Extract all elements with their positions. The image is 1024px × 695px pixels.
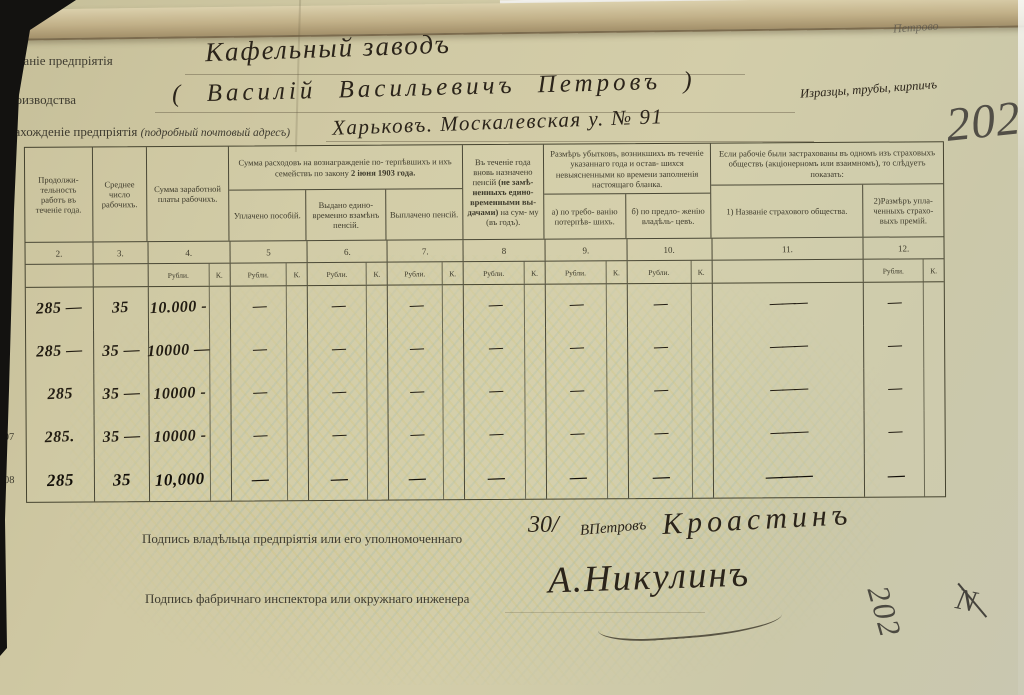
inspector-signature: А.Никулинъ [547, 552, 750, 602]
table-cell: 10.000 - [148, 287, 230, 330]
dash-stroke: — [488, 341, 501, 357]
page-number-top: 202 [943, 90, 1023, 153]
dash-stroke: — [488, 298, 501, 314]
col-benefits-paid: Уплачено пособій. [229, 190, 307, 240]
table-cell: — [465, 456, 547, 499]
table-cell: — [864, 368, 944, 411]
table-row: 2853510,000—————————— [27, 453, 945, 501]
dash-stroke: — [653, 466, 669, 487]
group-compensation-1903: Сумма расходовъ на вознагражденіе по- те… [228, 145, 463, 240]
table-cell: — [628, 284, 713, 327]
group-insurance: Если рабочіе были застрахованы въ одномъ… [711, 142, 944, 237]
handwritten-value: 10,000 [155, 468, 206, 490]
handwritten-value: 35 [112, 469, 131, 490]
table-cell: 35 — [94, 330, 149, 373]
dash-stroke: ——— [770, 339, 807, 356]
production-annotation: Изразцы, трубы, кирпичъ [800, 77, 938, 102]
handwritten-value: 35 — [102, 342, 141, 362]
dash-stroke: — [253, 385, 266, 401]
handwritten-value: 10000 - [153, 384, 207, 404]
dash-stroke: — [888, 424, 901, 440]
handwritten-value: 35 — [102, 384, 141, 404]
col-duration: Продолжи- тельность работъ въ теченіе го… [25, 147, 93, 241]
table-cell: — [231, 415, 309, 458]
group-unsettled-losses: Размѣръ убытковъ, возникшихъ въ теченіе … [544, 144, 712, 239]
owner-signature-label: Подпись владѣльца предпріятія или его уп… [142, 531, 462, 547]
table-cell: ——— [713, 368, 865, 412]
dash-stroke: — [332, 385, 345, 401]
table-cell: — [309, 328, 389, 371]
dash-stroke: — [331, 468, 347, 489]
table-cell: 10000 - [149, 415, 231, 458]
dash-stroke: — [570, 340, 583, 356]
col-wages: Сумма заработной платы рабочихъ. [147, 147, 229, 241]
dash-stroke: — [570, 383, 583, 399]
dash-stroke: — [570, 298, 583, 314]
page-number-bottom: 202 [860, 582, 909, 642]
dash-stroke: — [332, 427, 345, 443]
dash-stroke: — [410, 384, 423, 400]
table-cell: — [865, 453, 945, 496]
table-cell: — [464, 285, 546, 328]
table-cell: ——— [713, 326, 865, 370]
table-cell: — [464, 327, 546, 370]
table-cell: 285 [26, 373, 94, 416]
dash-stroke: — [332, 342, 345, 358]
crossed-pencil-mark: N [953, 582, 980, 619]
table-cell: — [546, 413, 628, 456]
handwritten-value: 10000 - [153, 427, 207, 447]
handwritten-value: 285. [45, 428, 76, 447]
dash-stroke: — [489, 427, 502, 443]
address-value: Харьковъ. Москалевская у. № 91 [332, 104, 664, 141]
col-insurer-name: 1) Названіе страхового общества. [711, 185, 863, 238]
statistics-table-zone: 4560708 Продолжи- тельность работъ въ те… [0, 141, 949, 504]
table-cell: — [546, 327, 628, 370]
dash-stroke: ——— [770, 424, 807, 441]
handwritten-value: 35 [112, 299, 130, 318]
table-row: 285.35 —10000 -—————————— [27, 411, 945, 459]
pencil-note: Петрово [893, 18, 939, 36]
dash-stroke: — [654, 426, 667, 442]
table-cell: — [230, 286, 308, 329]
dash-stroke: — [888, 338, 901, 354]
dash-stroke: — [654, 383, 667, 399]
table-cell: — [628, 412, 713, 455]
table-row: 285 —3510.000 -—————————— [26, 282, 944, 330]
table-cell: — [388, 328, 464, 371]
table-cell: — [865, 411, 945, 454]
dash-stroke: — [488, 467, 504, 488]
statistics-table: Продолжи- тельность работъ въ теченіе го… [24, 141, 946, 503]
dash-stroke: — [253, 428, 266, 444]
handwritten-value: 285 — [36, 299, 83, 319]
table-cell: — [629, 455, 714, 498]
col-premiums: 2)Размѣръ упла- ченныхъ страхо- выхъ пре… [863, 184, 943, 236]
table-cell: — [388, 285, 464, 328]
handwritten-value: 10.000 - [150, 298, 208, 318]
dash-stroke: — [409, 299, 422, 315]
dash-stroke: — [653, 297, 666, 313]
table-cell: — [546, 284, 628, 327]
dash-stroke: — [489, 384, 502, 400]
table-cell: ——— [712, 283, 864, 327]
table-cell: — [864, 325, 944, 368]
handwritten-value: 10000 — [147, 341, 211, 362]
dash-stroke: — [409, 468, 425, 489]
signature-flourish [598, 612, 784, 645]
col-lump-sum: Выдано едино- временно взамѣнъ пенсій. [306, 190, 386, 240]
dash-stroke: ——— [766, 465, 812, 487]
table-cell: 10,000 [150, 458, 232, 501]
table-cell: 35 — [94, 415, 149, 458]
table-cell: ——— [713, 411, 865, 455]
table-body: 285 —3510.000 -——————————285 —35 —10000 … [26, 282, 945, 502]
col-avg-workers: Среднее число рабочихъ. [92, 147, 147, 241]
table-cell: — [309, 457, 389, 500]
handwritten-value: 285 [47, 385, 73, 404]
col-claims-victims: а) по требо- ванію потерпѣв- шихъ. [544, 194, 626, 238]
dash-stroke: — [569, 467, 585, 488]
table-cell: 10000 - [149, 372, 231, 415]
dash-stroke: — [253, 300, 266, 316]
table-cell: — [231, 457, 309, 500]
table-cell: — [231, 372, 309, 415]
table-row: 285 —35 —10000 ——————————— [26, 325, 944, 373]
table-row: 28535 —10000 -—————————— [26, 368, 944, 416]
table-cell: 285 — [26, 330, 94, 373]
dash-stroke: ——— [770, 381, 807, 398]
table-cell: — [628, 369, 713, 412]
scan-right-edge [1018, 0, 1024, 695]
scanned-document: Петрово 202 нованіе предпріятія Кафельны… [0, 0, 1024, 695]
table-cell: 285. [27, 416, 95, 459]
table-cell: — [547, 455, 629, 498]
rule-line [505, 612, 705, 613]
handwritten-value: 285 [46, 470, 74, 491]
dash-stroke: — [888, 296, 901, 312]
table-cell: 285 [27, 459, 95, 502]
table-cell: — [309, 414, 389, 457]
handwritten-value: 35 — [102, 427, 141, 447]
col-claims-owners: б) по предло- женію владѣль- цевъ. [626, 194, 711, 239]
table-cell: — [389, 456, 465, 499]
table-cell: — [309, 371, 389, 414]
owner-signature-name: ВПетровъ [579, 517, 647, 540]
table-cell: — [389, 371, 465, 414]
dash-stroke: — [571, 426, 584, 442]
table-cell: — [465, 413, 547, 456]
table-cell: 35 — [94, 373, 149, 416]
col-new-pensions: Въ теченіе года вновь назначено пенсій (… [462, 145, 544, 239]
dash-stroke: — [887, 465, 903, 486]
table-header: Продолжи- тельность работъ въ теченіе го… [25, 142, 944, 243]
signature-date: 30/ [528, 512, 559, 539]
handwritten-value: 285 — [36, 342, 83, 362]
owner-signature-flourish: Кроастинъ [661, 498, 853, 542]
table-cell: — [864, 282, 944, 325]
dash-stroke: — [888, 381, 901, 397]
dash-stroke: — [410, 427, 423, 443]
table-cell: — [231, 329, 309, 372]
table-cell: 35 [94, 287, 149, 330]
dash-stroke: — [252, 469, 268, 490]
inspector-signature-label: Подпись фабричнаго инспектора или окружн… [145, 591, 469, 607]
table-cell: — [464, 370, 546, 413]
form-label-location: онахожденіе предпріятія (подробный почто… [1, 124, 290, 140]
table-cell: ——— [713, 454, 865, 498]
dash-stroke: — [253, 342, 266, 358]
dash-stroke: — [410, 341, 423, 357]
dash-stroke: — [654, 340, 667, 356]
table-cell: — [546, 370, 628, 413]
table-cell: — [628, 326, 713, 369]
row-year: 08 [4, 459, 24, 502]
table-cell: 35 [95, 458, 150, 501]
col-pensions-paid: Выплачено пенсій. [386, 189, 462, 239]
dash-stroke: ——— [769, 296, 806, 313]
dash-stroke: — [331, 299, 344, 315]
table-cell: — [308, 286, 388, 329]
table-cell: 285 — [26, 287, 94, 330]
table-cell: 10000 — [149, 329, 231, 372]
table-cell: — [389, 414, 465, 457]
paper-roll-edge [0, 0, 1024, 41]
